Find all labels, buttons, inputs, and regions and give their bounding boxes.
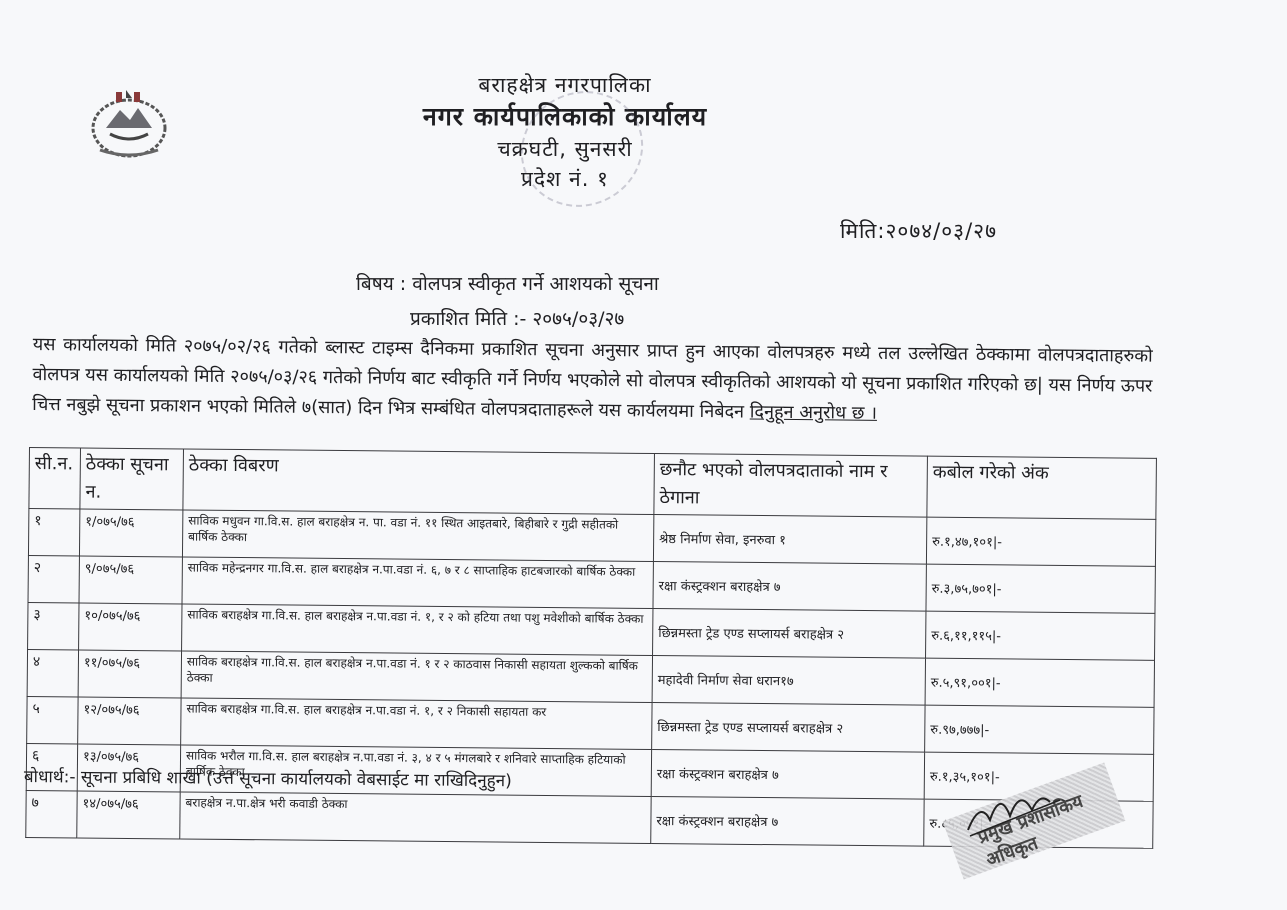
cell-sn: ४ [27, 649, 78, 696]
cell-description: साविक बराहक्षेत्र गा.वि.स. हाल बराहक्षेत… [181, 698, 652, 750]
header-description: ठेक्का विबरण [183, 449, 655, 515]
cell-notice-no: १/०७५/७६ [79, 509, 182, 557]
signature-icon [960, 780, 1070, 840]
cell-notice-no: १०/०७५/७६ [79, 603, 182, 651]
cell-description: बराहक्षेत्र न.पा.क्षेत्र भरी कवाडी ठेक्क… [180, 792, 651, 844]
cell-notice-no: १४/०७५/७६ [77, 791, 180, 839]
cell-amount: रु.९७,७७७|- [925, 705, 1154, 754]
cell-bidder: रक्षा कंस्ट्रक्शन बराहक्षेत्र ७ [651, 749, 924, 799]
cell-bidder: महादेवी निर्माण सेवा धरान१७ [652, 655, 925, 705]
letter-date: मिति:२०७४/०३/२७ [840, 217, 997, 245]
cell-notice-no: १२/०७५/७६ [78, 697, 181, 745]
subject-line: बिषय : वोलपत्र स्वीकृत गर्ने आशयको सूचना [356, 270, 659, 296]
header-notice-no: ठेक्का सूचना न. [80, 448, 184, 510]
cell-sn: १ [28, 509, 79, 556]
cc-note: बोधार्थ:- सूचना प्रबिधि शाखा (उत्त सूचना… [24, 764, 512, 791]
cell-amount: रु.१,४७,१०१|- [926, 517, 1155, 566]
cell-sn: ७ [26, 790, 77, 837]
nepal-emblem-icon [86, 88, 172, 160]
cell-amount: रु.५,९१,००१|- [925, 658, 1154, 707]
table-header-row: सी.न. ठेक्का सूचना न. ठेक्का विबरण छनौट … [29, 448, 1157, 520]
published-date: प्रकाशित मिति :- २०७५/०३/२७ [410, 305, 624, 331]
notice-body: यस कार्यालयको मिति २०७५/०२/२६ गतेको ब्ला… [32, 330, 1153, 432]
cell-bidder: छिन्नमस्ता ट्रेड एण्ड सप्लायर्स बराहक्षे… [653, 608, 926, 658]
header-bidder: छनौट भएको वोलपत्रदाताको नाम र ठेगाना [654, 454, 928, 518]
notice-body-closing: दिनुहून अनुरोध छ । [750, 402, 877, 424]
cell-bidder: श्रेष्ठ निर्माण सेवा, इनरुवा १ [653, 515, 926, 565]
cell-sn: ५ [27, 696, 78, 743]
notice-document: बराहक्षेत्र नगरपालिका नगर कार्यपालिकाको … [0, 0, 1287, 910]
cell-description: साविक बराहक्षेत्र गा.वि.स. हाल बराहक्षेत… [181, 651, 652, 703]
cell-notice-no: ११/०७५/७६ [78, 650, 181, 698]
cell-notice-no: ९/०७५/७६ [79, 556, 182, 604]
cell-sn: २ [28, 555, 79, 602]
cell-amount: रु.३,७५,७०१|- [926, 564, 1155, 613]
cell-amount: रु.६,११,११५|- [926, 611, 1155, 660]
cell-sn: ३ [28, 602, 79, 649]
header-amount: कबोल गरेको अंक [927, 456, 1157, 519]
cell-bidder: रक्षा कंस्ट्रक्शन बराहक्षेत्र ७ [653, 561, 926, 611]
cell-description: साविक मधुवन गा.वि.स. हाल बराहक्षेत्र न. … [182, 510, 653, 562]
header-sn: सी.न. [29, 448, 81, 509]
cell-bidder: रक्षा कंस्ट्रक्शन बराहक्षेत्र ७ [651, 796, 924, 846]
notice-body-main: यस कार्यालयको मिति २०७५/०२/२६ गतेको ब्ला… [32, 334, 1153, 423]
cell-bidder: छिन्नमस्ता ट्रेड एण्ड सप्लायर्स बराहक्षे… [652, 702, 925, 752]
cell-description: साविक बराहक्षेत्र गा.वि.स. हाल बराहक्षेत… [182, 604, 653, 656]
cell-description: साविक महेन्द्रनगर गा.वि.स. हाल बराहक्षेत… [182, 557, 653, 609]
